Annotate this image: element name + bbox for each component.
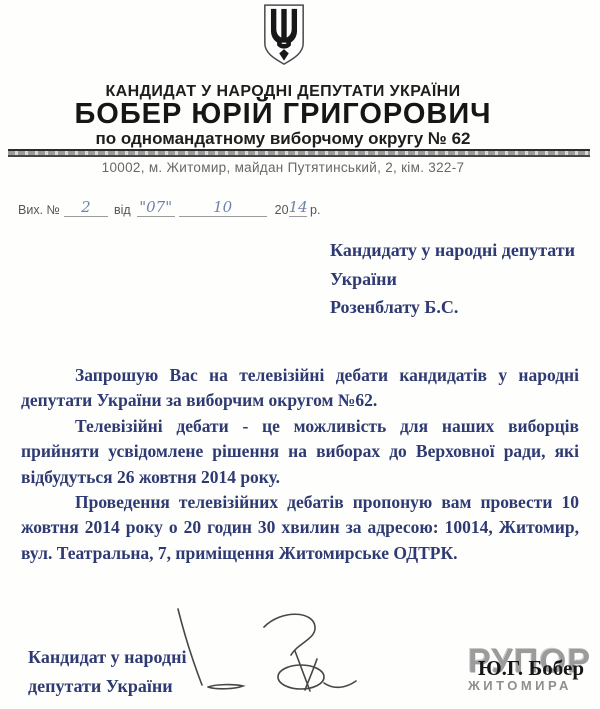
addressee-block: Кандидату у народні депутати України Роз… xyxy=(330,236,575,322)
handwritten-year: 14 xyxy=(289,198,308,216)
letter-body: Запрошую Вас на телевізійні дебати канди… xyxy=(21,363,579,566)
year-suffix-label: р. xyxy=(310,203,320,217)
outgoing-ref-line: Вих. №2від"07"102014 р. xyxy=(18,198,320,217)
candidate-name-heading: БОБЕР ЮРІЙ ГРИГОРОВИЧ xyxy=(0,98,566,131)
letterhead-address: 10002, м. Житомир, майдан Путятинський, … xyxy=(0,160,566,175)
ref-number-label: Вих. № xyxy=(18,203,60,217)
handwritten-month: 10 xyxy=(213,198,232,216)
addressee-line-3: Розенблату Б.С. xyxy=(330,293,575,322)
signer-printed-name: Ю.Г. Бобер xyxy=(478,656,584,681)
body-paragraph-2: Телевізійні дебати - це можливість для н… xyxy=(21,414,579,490)
body-paragraph-3: Проведення телевізійних дебатів пропоную… xyxy=(21,490,579,566)
handwritten-ref-number: 2 xyxy=(81,198,91,216)
year-prefix: 20 xyxy=(275,203,289,217)
scanned-letter-page: КАНДИДАТ У НАРОДНІ ДЕПУТАТИ УКРАЇНИ БОБЕ… xyxy=(0,0,600,709)
ukraine-trident-emblem xyxy=(261,3,307,67)
ref-month-blank: 10 xyxy=(179,198,267,217)
handwritten-day: "07" xyxy=(139,198,172,216)
ref-day-blank: "07" xyxy=(137,198,175,217)
body-paragraph-1: Запрошую Вас на телевізійні дебати канди… xyxy=(21,363,579,414)
addressee-line-1: Кандидату у народні депутати xyxy=(330,236,575,265)
ref-year-blank: 14 xyxy=(289,198,307,217)
header-divider xyxy=(8,149,590,157)
ref-number-blank: 2 xyxy=(64,198,108,217)
addressee-line-2: України xyxy=(330,265,575,294)
district-subtitle: по одномандатному виборчому округу № 62 xyxy=(0,129,566,149)
handwritten-signature xyxy=(160,597,380,697)
ref-date-label: від xyxy=(114,203,131,217)
